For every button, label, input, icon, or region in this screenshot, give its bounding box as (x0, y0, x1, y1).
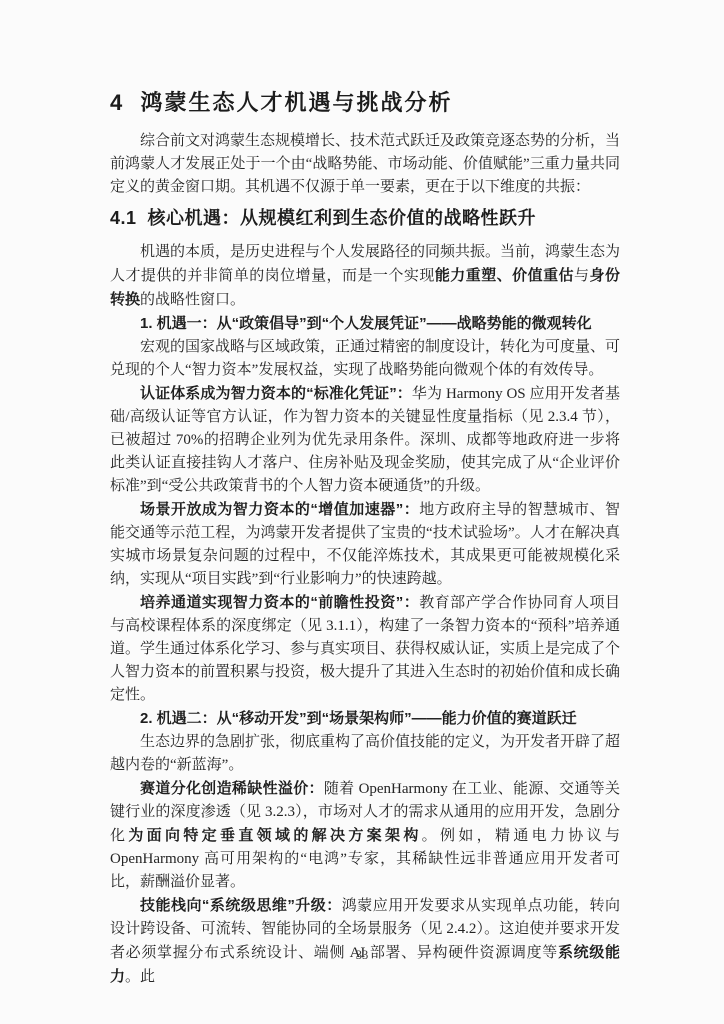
page-number: 33 (0, 948, 724, 963)
paragraph-opportunity-2-title: 2. 机遇二：从“移动开发”到“场景架构师”——能力价值的赛道跃迁 (110, 707, 620, 731)
paragraph-opportunity-essence: 机遇的本质，是历史进程与个人发展路径的同频共振。当前，鸿蒙生态为人才提供的并非简… (110, 241, 620, 312)
bold-text-segment: 能力重塑、价值重估 (435, 267, 574, 284)
text-segment: 综合前文对鸿蒙生态规模增长、技术范式跃迁及政策竞逐态势的分析，当前鸿蒙人才发展正… (110, 133, 620, 195)
bold-text-segment: 赛道分化创造稀缺性溢价： (140, 780, 324, 797)
paragraph-certification: 认证体系成为智力资本的“标准化凭证”：华为 Harmony OS 应用开发者基础… (110, 382, 620, 498)
text-segment: 宏观的国家战略与区域政策，正通过精密的制度设计，转化为可度量、可兑现的个人“智力… (110, 339, 620, 378)
bold-text-segment: 培养通道实现智力资本的“前瞻性投资”： (140, 594, 419, 611)
paragraph-macro-strategy: 宏观的国家战略与区域政策，正通过精密的制度设计，转化为可度量、可兑现的个人“智力… (110, 336, 620, 382)
paragraph-training-channel: 培养通道实现智力资本的“前瞻性投资”：教育部产学合作协同育人项目与高校课程体系的… (110, 591, 620, 707)
text-segment: 教育部产学合作协同育人项目与高校课程体系的深度绑定（见 3.1.1），构建了一条… (110, 595, 620, 703)
bold-text-segment: 场景开放成为智力资本的“增值加速器”： (140, 501, 419, 518)
text-segment: 的战略性窗口。 (140, 292, 245, 308)
bold-text-segment: 技能栈向“系统级思维”升级： (140, 897, 342, 914)
document-page: 4 鸿蒙生态人才机遇与挑战分析 综合前文对鸿蒙生态规模增长、技术范式跃迁及政策竞… (0, 0, 724, 1024)
paragraph-skill-stack: 技能栈向“系统级思维”升级：鸿蒙应用开发要求从实现单点功能，转向设计跨设备、可流… (110, 894, 620, 989)
section-heading: 4.1 核心机遇：从规模红利到生态价值的战略性跃升 (110, 208, 620, 230)
paragraph-opportunity-1-title: 1. 机遇一：从“政策倡导”到“个人发展凭证”——战略势能的微观转化 (110, 312, 620, 336)
paragraph-intro: 综合前文对鸿蒙生态规模增长、技术范式跃迁及政策竞逐态势的分析，当前鸿蒙人才发展正… (110, 130, 620, 199)
bold-text-segment: 为面向特定垂直领域的解决方案架构 (128, 827, 421, 844)
bold-text-segment: 认证体系成为智力资本的“标准化凭证”： (140, 385, 412, 402)
text-segment: 。此 (125, 969, 155, 985)
text-segment: 华为 Harmony OS 应用开发者基础/高级认证等官方认证，作为智力资本的关… (110, 386, 620, 494)
paragraph-ecosystem-boundary: 生态边界的急剧扩张，彻底重构了高价值技能的定义，为开发者开辟了超越内卷的“新蓝海… (110, 731, 620, 777)
paragraph-track-differentiation: 赛道分化创造稀缺性溢价：随着 OpenHarmony 在工业、能源、交通等关键行… (110, 777, 620, 894)
text-segment: 与 (574, 268, 589, 284)
bold-text-segment: 1. 机遇一：从“政策倡导”到“个人发展凭证”——战略势能的微观转化 (140, 315, 592, 332)
paragraph-scene-opening: 场景开放成为智力资本的“增值加速器”：地方政府主导的智慧城市、智能交通等示范工程… (110, 498, 620, 591)
chapter-heading: 4 鸿蒙生态人才机遇与挑战分析 (110, 90, 620, 115)
text-segment: 生态边界的急剧扩张，彻底重构了高价值技能的定义，为开发者开辟了超越内卷的“新蓝海… (110, 734, 620, 773)
bold-text-segment: 2. 机遇二：从“移动开发”到“场景架构师”——能力价值的赛道跃迁 (140, 710, 577, 727)
